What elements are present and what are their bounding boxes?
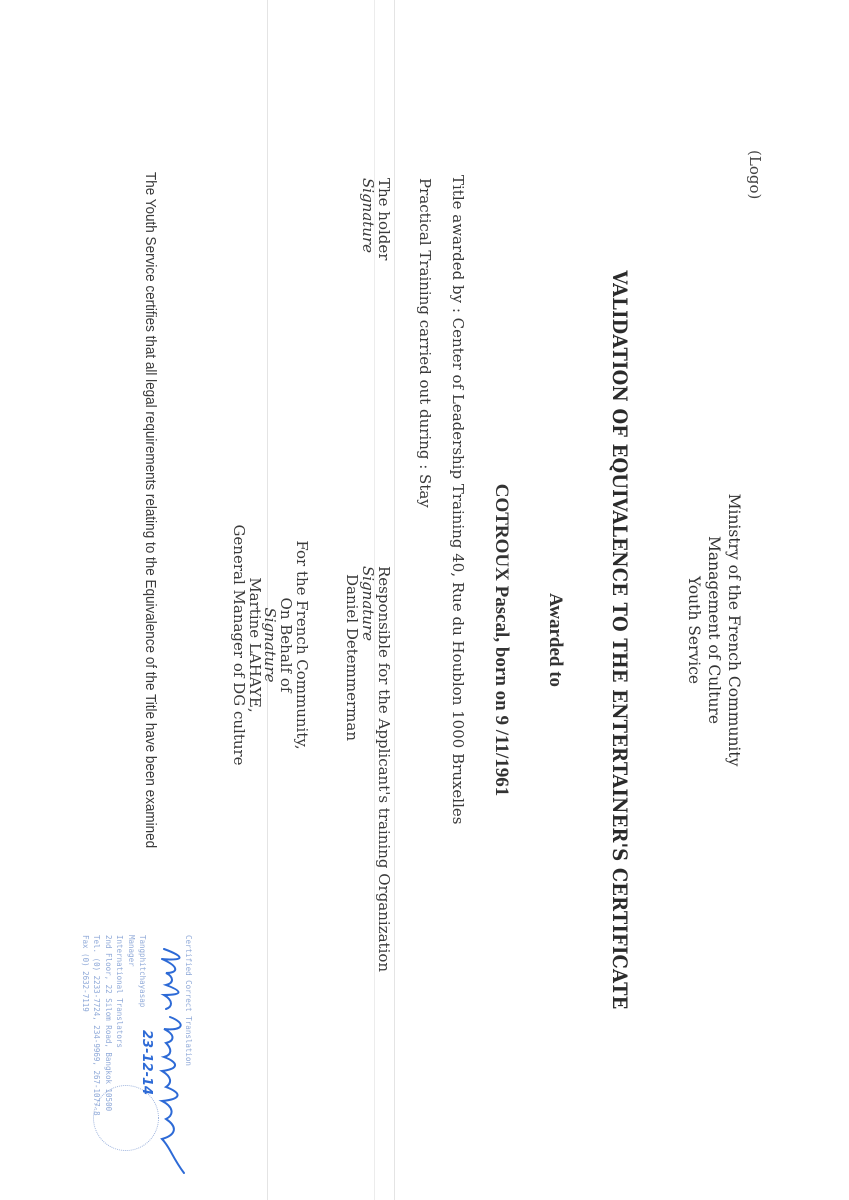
stamp-line: Fax (0) 2632-7119 — [80, 935, 92, 1116]
holder-label: The holder — [375, 178, 393, 260]
ministry-line: Management of Culture — [704, 480, 724, 780]
logo-placeholder: (Logo) — [746, 150, 764, 199]
translator-stamp: Certified Correct Translation Tangphitch… — [54, 935, 194, 1185]
divider — [394, 0, 395, 1200]
stamp-line: Tel. (0) 2233-7724, 234-9969, 267-1077-8 — [91, 935, 103, 1116]
stamp-line: Certified Correct Translation — [183, 935, 195, 1116]
recipient-name: COTROUX Pascal, born on 9 /11/1961 — [490, 420, 512, 860]
community-signature-block: For the French Community, On Behalf of S… — [230, 520, 309, 770]
stamp-date: 23-12-14 — [139, 1030, 154, 1095]
stamp-line: Manager — [126, 935, 138, 1116]
community-line: For the French Community, — [293, 520, 309, 770]
awarded-to-label: Awarded to — [544, 480, 566, 800]
certificate-page: (Logo) Ministry of the French Community … — [0, 0, 849, 1200]
stamp-text: Certified Correct Translation Tangphitch… — [80, 935, 195, 1116]
ministry-line: Ministry of the French Community — [724, 480, 744, 780]
certification-statement: The Youth Service certifies that all leg… — [142, 172, 159, 848]
community-signatory-role: General Manager of DG culture — [230, 520, 246, 770]
community-signatory-name: Martine LAHAYE, — [246, 520, 262, 770]
community-signature: Signature — [262, 520, 278, 770]
holder-signature: Signature — [359, 178, 377, 253]
ministry-line: Youth Service — [684, 480, 704, 780]
issuing-authority: Ministry of the French Community Managem… — [684, 480, 744, 780]
stamp-line: 2nd Floor, 22 Silom Road, Bangkok 10500 — [103, 935, 115, 1116]
organization-signature: Signature — [359, 566, 377, 641]
practical-training: Practical Training carried out during : … — [416, 178, 434, 508]
title-awarded-by: Title awarded by : Center of Leadership … — [449, 175, 467, 824]
stamp-line: International Translators — [114, 935, 126, 1116]
organization-label: Responsible for the Applicant's training… — [375, 566, 393, 972]
organization-signatory-name: Daniel Detemmerman — [343, 574, 361, 741]
document-title: VALIDATION OF EQUIVALENCE TO THE ENTERTA… — [608, 217, 631, 1063]
community-line: On Behalf of — [277, 520, 293, 770]
